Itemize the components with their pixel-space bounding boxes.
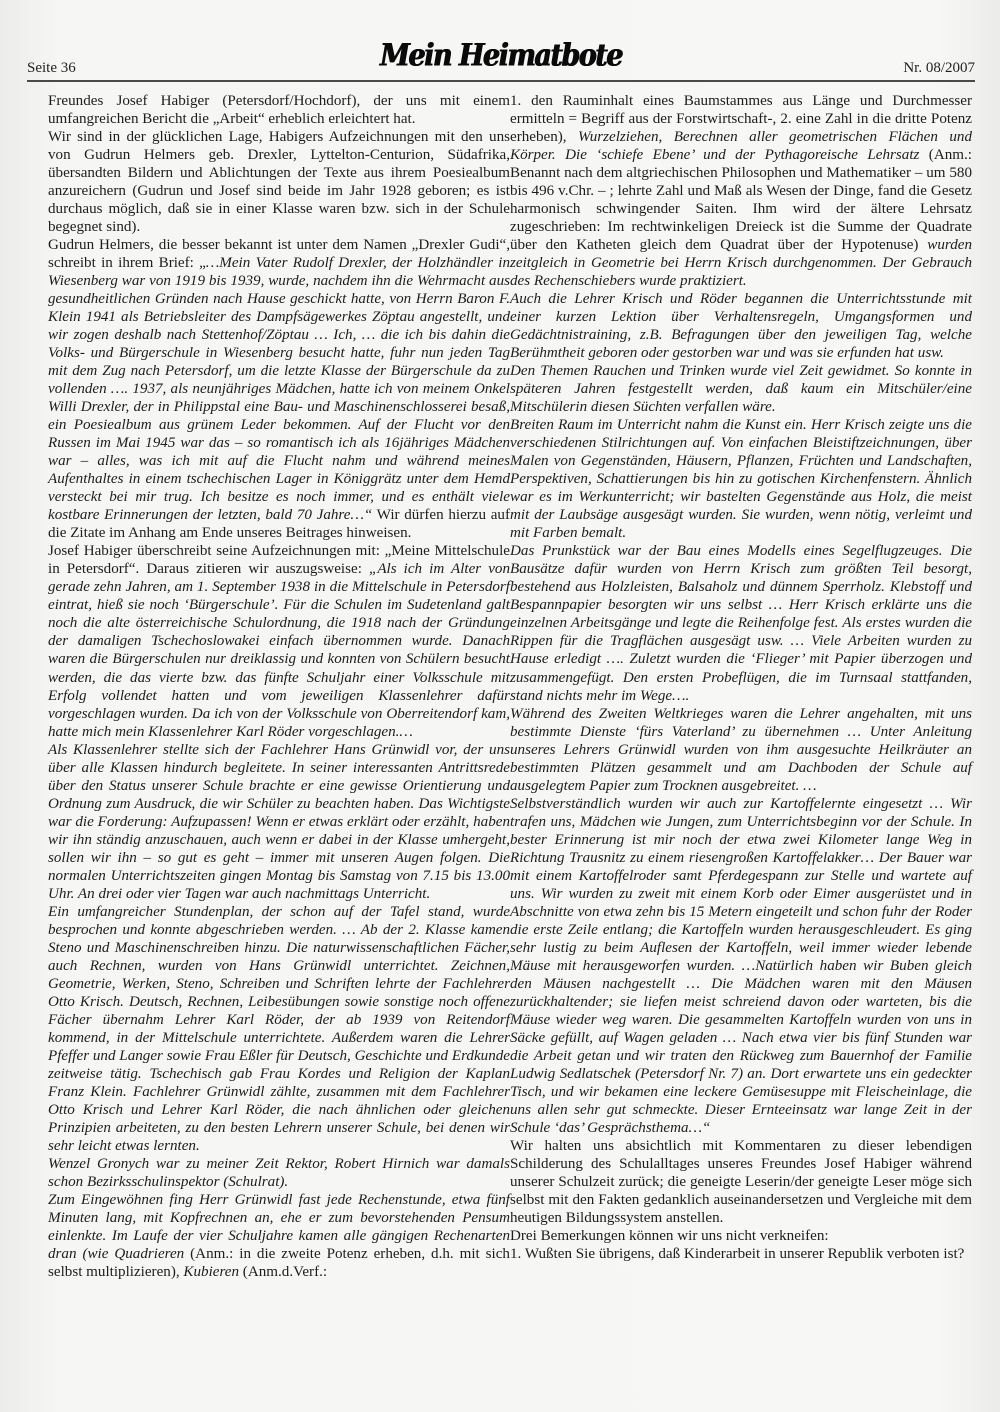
quote-span: Den Themen Rauchen und Trinken wurde vie…	[510, 363, 972, 415]
masthead-logo: Mein Heimatbote	[380, 38, 622, 74]
right-column: 1. den Rauminhalt eines Baumstammes aus …	[510, 92, 972, 1263]
quote-span: Wurzelziehen, Berechnen aller geometrisc…	[510, 129, 972, 163]
quote-span: Auch die Lehrer Krisch und Röder beganne…	[510, 291, 972, 361]
paragraph: Breiten Raum im Unterricht nahm die Kuns…	[510, 416, 972, 542]
issue-number: Nr. 08/2007	[903, 60, 975, 77]
quote-span: Kubieren	[183, 1264, 239, 1280]
paragraph: Wir halten uns absichtlich mit Kommentar…	[510, 1137, 972, 1227]
paragraph: Wenzel Gronych war zu meiner Zeit Rektor…	[48, 1155, 510, 1191]
paragraph: Als Klassenlehrer stellte sich der Fachl…	[48, 741, 510, 903]
quote-span: Selbstverständlich wurden wir auch zur K…	[510, 796, 972, 1136]
quote-span: Wenzel Gronych war zu meiner Zeit Rektor…	[48, 1156, 510, 1190]
paragraph: 1. den Rauminhalt eines Baumstammes aus …	[510, 92, 972, 290]
header-rule	[27, 80, 975, 82]
paragraph: Zum Eingewöhnen fing Herr Grünwidl fast …	[48, 1191, 510, 1281]
quote-span: Breiten Raum im Unterricht nahm die Kuns…	[510, 417, 972, 541]
quote-span: Ein umfangreicher Stundenplan, der schon…	[48, 904, 510, 1154]
paragraph: Während des Zweiten Weltkrieges waren di…	[510, 705, 972, 795]
quote-span: Das Prunkstück war der Bau eines Modells…	[510, 543, 972, 703]
quote-span: „Als ich im Alter von gerade zehn Jahren…	[48, 561, 510, 739]
quote-span: …Mein Vater Rudolf Drexler, der Holzhänd…	[48, 255, 510, 523]
paragraph: Selbstverständlich wurden wir auch zur K…	[510, 795, 972, 1137]
paragraph: Josef Habiger überschreibt seine Aufzeic…	[48, 542, 510, 740]
paragraph: Den Themen Rauchen und Trinken wurde vie…	[510, 362, 972, 416]
text-span: (Anm.d.Verf.:	[239, 1264, 327, 1280]
paragraph: Gudrun Helmers, die besser bekannt ist u…	[48, 236, 510, 542]
page-number: Seite 36	[27, 60, 76, 77]
paragraph: Ein umfangreicher Stundenplan, der schon…	[48, 903, 510, 1155]
paragraph: Wir sind in der glücklichen Lage, Habige…	[48, 128, 510, 236]
quote-span: Während des Zweiten Weltkrieges waren di…	[510, 706, 972, 794]
paragraph: Freundes Josef Habiger (Petersdorf/Hochd…	[48, 92, 510, 128]
newspaper-page: Seite 36 Mein Heimatbote Nr. 08/2007 Fre…	[0, 0, 1000, 1412]
paragraph: Das Prunkstück war der Bau eines Modells…	[510, 542, 972, 704]
page-header: Seite 36 Mein Heimatbote Nr. 08/2007	[27, 46, 975, 82]
paragraph: Auch die Lehrer Krisch und Röder beganne…	[510, 290, 972, 362]
quote-span: Als Klassenlehrer stellte sich der Fachl…	[48, 742, 510, 902]
paragraph: Drei Bemerkungen können wir uns nicht ve…	[510, 1227, 972, 1245]
left-column: Freundes Josef Habiger (Petersdorf/Hochd…	[48, 92, 510, 1281]
paragraph: 1. Wußten Sie übrigens, daß Kinderarbeit…	[510, 1245, 972, 1263]
